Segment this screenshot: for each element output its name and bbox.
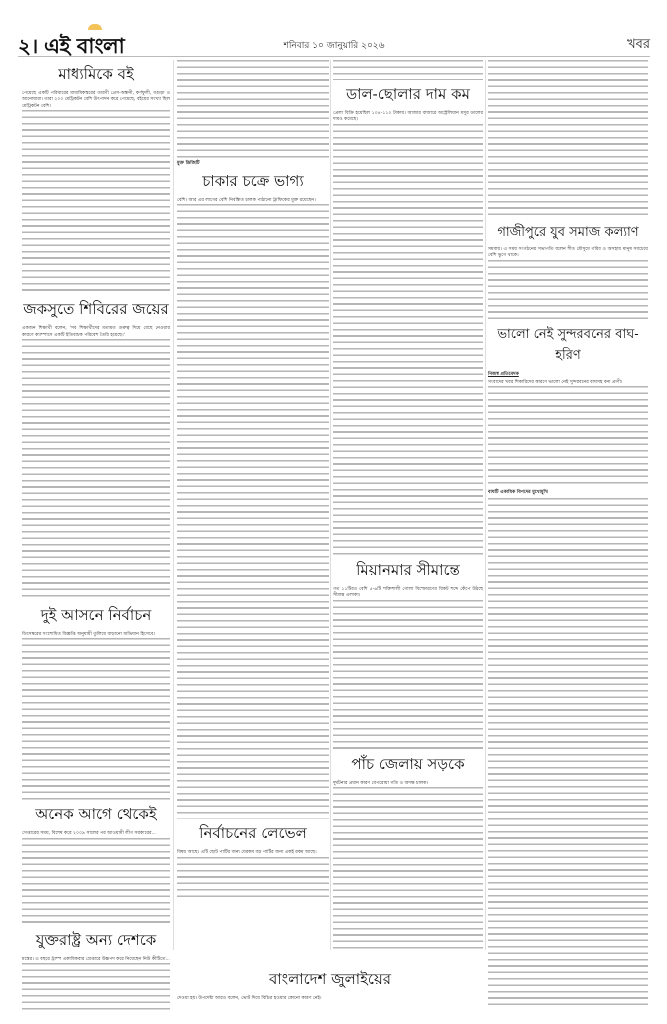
body-text-lines bbox=[22, 638, 170, 800]
byline: নিজস্ব প্রতিবেদক bbox=[488, 370, 648, 378]
article-bangladesh-july[interactable]: বাংলাদেশ জুলাইয়ের দেওয়া হয়। উপদেষ্টা … bbox=[177, 965, 483, 1002]
article-panch-jela[interactable]: পাঁচ জেলায় সড়কে দুর্ঘটনার প্রধান কারণ … bbox=[333, 753, 483, 952]
article-body: পেয়েছে একটি পরিবারের মাধ্যমিকস্তরের তার… bbox=[22, 91, 170, 110]
article-dui-asone[interactable]: দুই আসনে নির্বাচন ডিসেম্বরের সংশোধিত বিজ… bbox=[22, 604, 170, 800]
article-myanmar[interactable]: মিয়ানমার সীমান্তে গত ১১টিরও বেশি ৫-৬টি … bbox=[333, 559, 483, 750]
article-body: গত ১১টিরও বেশি ৫-৬টি শক্তিশালী গোলা বিস্… bbox=[333, 587, 483, 600]
body-text-lines bbox=[488, 386, 648, 486]
issue-date: শনিবার ১০ জানুয়ারি ২০২৬ bbox=[18, 38, 650, 53]
body-text-lines bbox=[333, 60, 483, 80]
article-dal[interactable]: ডাল-ছোলার দাম কম প্রেলা বিক্রি হয়েছিল ১… bbox=[333, 83, 483, 556]
article-body: প্রেলা বিক্রি হয়েছিল ১০৪-১১০ টাকায়। আজ… bbox=[333, 111, 483, 124]
headline: পাঁচ জেলায় সড়কে bbox=[333, 753, 483, 778]
headline: জকসুতে শিবিরের জয়ের bbox=[22, 298, 170, 323]
article-body: দেওয়া হয়। উপদেষ্টা আরও বলেন, ভোট দিয়ে… bbox=[177, 996, 483, 1002]
body-text-lines bbox=[333, 600, 483, 750]
article-sundarban[interactable]: ভালো নেই সুন্দরবনের বাঘ-হরিণ নিজস্ব প্রত… bbox=[488, 325, 648, 1008]
headline: মিয়ানমার সীমান্তে bbox=[333, 559, 483, 584]
headline: দুই আসনে নির্বাচন bbox=[22, 604, 170, 629]
masthead: ২। এই বাংলা শনিবার ১০ জানুয়ারি ২০২৬ খবর bbox=[18, 30, 650, 57]
body-text-lines bbox=[333, 124, 483, 556]
headline: নির্বাচনের লেভেল bbox=[177, 822, 329, 847]
article-body: একজন শিক্ষার্থী বলেন, 'সব শিক্ষার্থীদের … bbox=[22, 326, 170, 339]
body-text-lines bbox=[177, 60, 329, 158]
headline: গাজীপুরে যুব সমাজ কল্যাণ bbox=[488, 223, 648, 244]
headline: মাধ্যমিকে বই bbox=[22, 63, 170, 88]
headline: চাকার চক্রে ভাগ্য bbox=[177, 170, 329, 195]
column-3: ডাল-ছোলার দাম কম প্রেলা বিক্রি হয়েছিল ১… bbox=[333, 60, 483, 952]
body-text-lines bbox=[488, 260, 648, 322]
article-body: সমবায়। এ সময় সংগঠনের সভাপতি বলেন শীত ম… bbox=[488, 247, 648, 260]
headline: ভালো নেই সুন্দরবনের বাঘ-হরিণ bbox=[488, 325, 648, 367]
headline: ডাল-ছোলার দাম কম bbox=[333, 83, 483, 108]
body-text-lines bbox=[22, 339, 170, 601]
article-madhyamik[interactable]: মাধ্যমিকে বই পেয়েছে একটি পরিবারের মাধ্য… bbox=[22, 63, 170, 295]
column-1: মাধ্যমিকে বই পেয়েছে একটি পরিবারের মাধ্য… bbox=[22, 60, 170, 1013]
body-text-lines bbox=[22, 838, 170, 926]
body-text-lines bbox=[22, 963, 170, 1013]
article-usa[interactable]: যুক্তরাষ্ট্র অন্য দেশকে মন্ত্রের। এ বছরে… bbox=[22, 929, 170, 1013]
byline: মুক্ত ডিজিটি bbox=[177, 159, 329, 167]
article-onek-age[interactable]: অনেক আগে থেকেই সেপ্তারের সময়, বিশেষ করে… bbox=[22, 803, 170, 925]
sun-icon bbox=[88, 24, 102, 30]
column-2: মুক্ত ডিজিটি চাকার চক্রে ভাগ্য বেশি। আর … bbox=[177, 60, 329, 899]
body-text-lines bbox=[488, 498, 648, 1008]
headline: অনেক আগে থেকেই bbox=[22, 803, 170, 828]
headline: বাংলাদেশ জুলাইয়ের bbox=[177, 968, 483, 993]
column-divider bbox=[330, 60, 331, 950]
subheading: বাঘটি একাধিক বিপদের মুখোমুখি bbox=[488, 488, 648, 496]
section-name: খবর bbox=[627, 35, 650, 56]
article-chakar[interactable]: চাকার চক্রে ভাগ্য বেশি। আর এর লাগের বেশি… bbox=[177, 170, 329, 819]
body-text-lines bbox=[177, 204, 329, 819]
body-text-lines bbox=[488, 60, 648, 220]
body-text-lines bbox=[333, 787, 483, 952]
body-text-lines bbox=[177, 857, 329, 899]
body-text-lines bbox=[22, 110, 170, 295]
column-4: গাজীপুরে যুব সমাজ কল্যাণ সমবায়। এ সময় … bbox=[488, 60, 648, 1008]
article-jakasu[interactable]: জকসুতে শিবিরের জয়ের একজন শিক্ষার্থী বলে… bbox=[22, 298, 170, 601]
article-gazipur[interactable]: গাজীপুরে যুব সমাজ কল্যাণ সমবায়। এ সময় … bbox=[488, 223, 648, 322]
headline: যুক্তরাষ্ট্র অন্য দেশকে bbox=[22, 929, 170, 954]
column-divider bbox=[485, 60, 486, 950]
column-divider bbox=[173, 60, 174, 950]
article-lebel[interactable]: নির্বাচনের লেভেল বিষয় আছে। এটি ছোট পার্… bbox=[177, 822, 329, 898]
